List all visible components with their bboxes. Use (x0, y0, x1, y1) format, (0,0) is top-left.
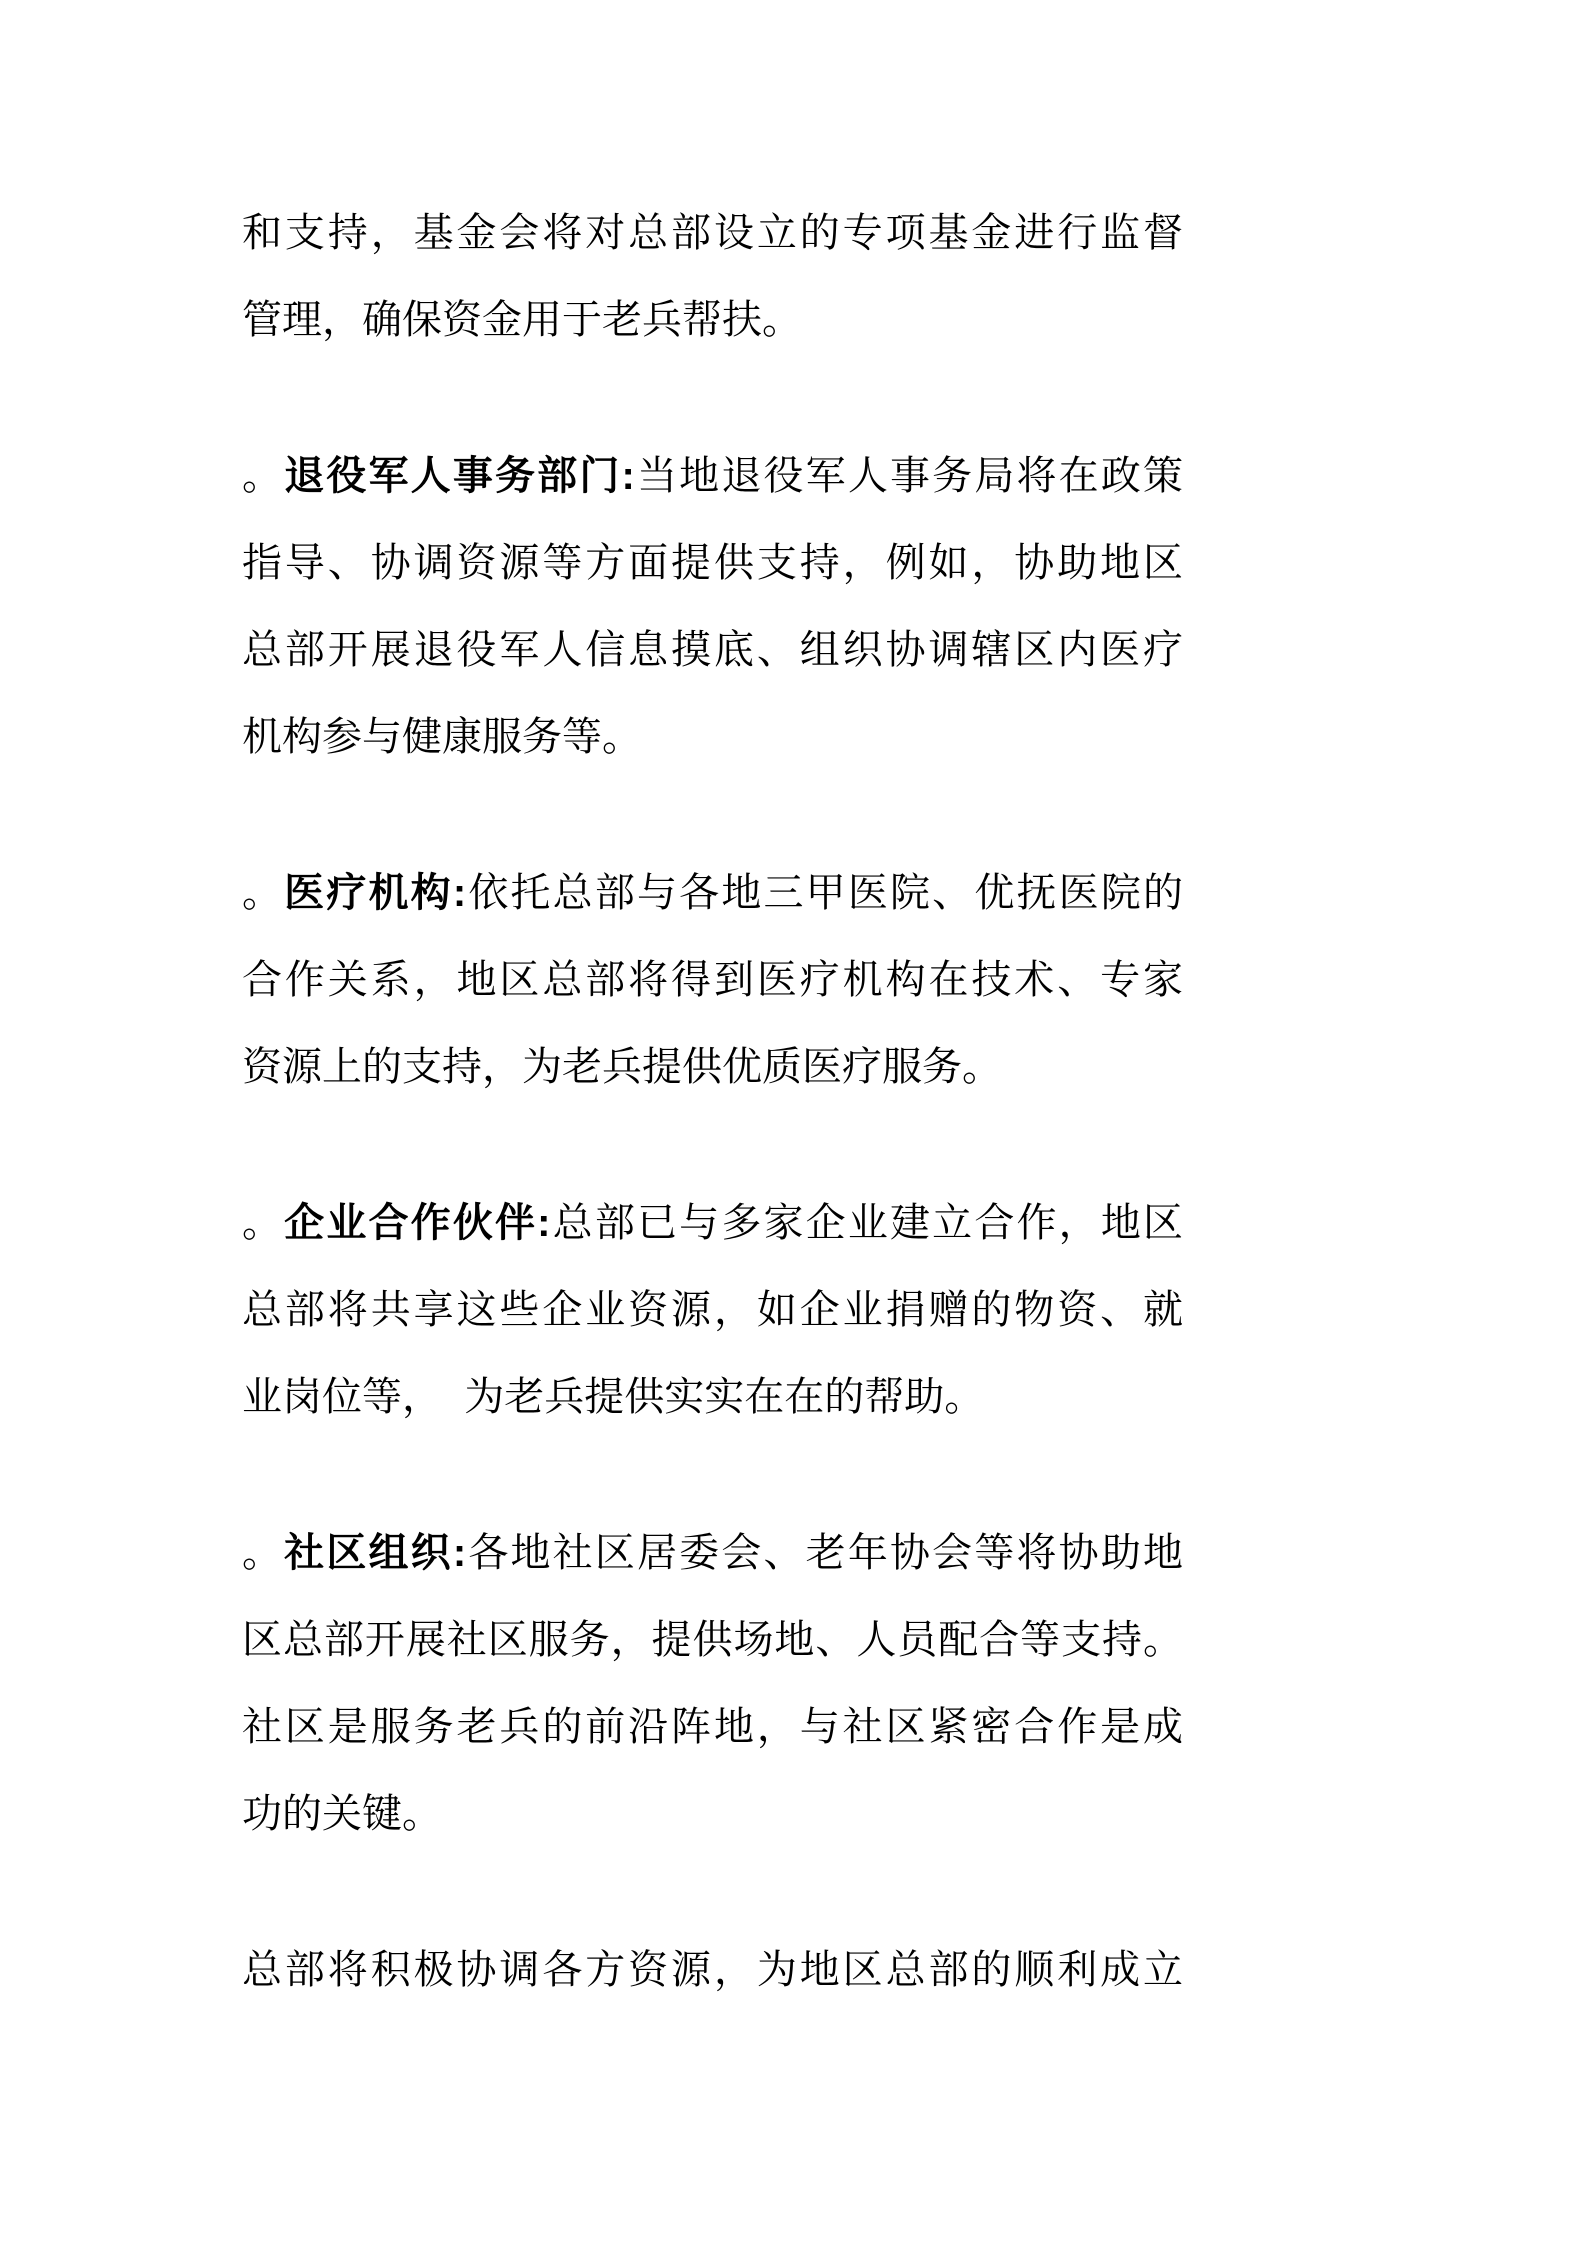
text-run: 各地社区居委会、老年协会等将协助地 (466, 1531, 1183, 1575)
text-line: 合作关系，地区总部将得到医疗机构在技术、专家 (242, 937, 1183, 1024)
paragraph: 。退役军人事务部门:当地退役军人事务局将在政策指导、协调资源等方面提供支持，例如… (242, 433, 1183, 781)
text-run: 合作关系，地区总部将得到医疗机构在技术、专家 (242, 958, 1183, 1002)
text-run: 功的关键。 (242, 1792, 442, 1836)
text-run: 。 (242, 1201, 284, 1245)
text-run: 总部将共享这些企业资源，如企业捐赠的物资、就 (242, 1288, 1183, 1332)
text-line: 。社区组织:各地社区居委会、老年协会等将协助地 (242, 1510, 1183, 1597)
text-run: 社区是服务老兵的前沿阵地，与社区紧密合作是成 (242, 1705, 1183, 1749)
text-run: 。 (242, 454, 284, 498)
text-run: 总部开展退役军人信息摸底、组织协调辖区内医疗 (242, 628, 1183, 672)
text-run: 。 (242, 871, 284, 915)
text-run: 业岗位等， 为老兵提供实实在在的帮助。 (242, 1375, 984, 1419)
section-heading: 企业合作伙伴: (284, 1201, 550, 1245)
section-heading: 退役军人事务部门: (284, 454, 635, 498)
text-run: 总部已与多家企业建立合作，地区 (551, 1201, 1184, 1245)
text-line: 。退役军人事务部门:当地退役军人事务局将在政策 (242, 433, 1183, 520)
section-heading: 医疗机构: (284, 871, 466, 915)
document-body: 和支持，基金会将对总部设立的专项基金进行监督管理，确保资金用于老兵帮扶。。退役军… (242, 190, 1587, 2014)
text-line: 区总部开展社区服务，提供场地、人员配合等支持。 (242, 1597, 1183, 1684)
text-run: 区总部开展社区服务，提供场地、人员配合等支持。 (242, 1618, 1183, 1662)
text-line: 业岗位等， 为老兵提供实实在在的帮助。 (242, 1354, 1183, 1441)
text-run: 依托总部与各地三甲医院、优抚医院的 (466, 871, 1183, 915)
document-page: 和支持，基金会将对总部设立的专项基金进行监督管理，确保资金用于老兵帮扶。。退役军… (0, 0, 1587, 2245)
text-run: 机构参与健康服务等。 (242, 715, 642, 759)
paragraph: 。医疗机构:依托总部与各地三甲医院、优抚医院的合作关系，地区总部将得到医疗机构在… (242, 850, 1183, 1111)
paragraph: 和支持，基金会将对总部设立的专项基金进行监督管理，确保资金用于老兵帮扶。 (242, 190, 1183, 364)
text-line: 社区是服务老兵的前沿阵地，与社区紧密合作是成 (242, 1684, 1183, 1771)
text-line: 管理，确保资金用于老兵帮扶。 (242, 277, 1183, 364)
text-line: 总部将积极协调各方资源，为地区总部的顺利成立 (242, 1927, 1183, 2014)
text-run: 当地退役军人事务局将在政策 (635, 454, 1183, 498)
text-line: 功的关键。 (242, 1771, 1183, 1858)
text-line: 资源上的支持，为老兵提供优质医疗服务。 (242, 1024, 1183, 1111)
text-run: 指导、协调资源等方面提供支持，例如，协助地区 (242, 541, 1183, 585)
text-line: 。企业合作伙伴:总部已与多家企业建立合作，地区 (242, 1180, 1183, 1267)
paragraph: 。企业合作伙伴:总部已与多家企业建立合作，地区总部将共享这些企业资源，如企业捐赠… (242, 1180, 1183, 1441)
text-run: 和支持，基金会将对总部设立的专项基金进行监督 (242, 211, 1183, 255)
text-run: 总部将积极协调各方资源，为地区总部的顺利成立 (242, 1948, 1183, 1992)
text-line: 总部将共享这些企业资源，如企业捐赠的物资、就 (242, 1267, 1183, 1354)
text-run: 。 (242, 1531, 284, 1575)
paragraph: 。社区组织:各地社区居委会、老年协会等将协助地区总部开展社区服务，提供场地、人员… (242, 1510, 1183, 1858)
text-run: 管理，确保资金用于老兵帮扶。 (242, 298, 802, 342)
text-line: 机构参与健康服务等。 (242, 694, 1183, 781)
text-run: 资源上的支持，为老兵提供优质医疗服务。 (242, 1045, 1002, 1089)
paragraph: 总部将积极协调各方资源，为地区总部的顺利成立 (242, 1927, 1183, 2014)
text-line: 和支持，基金会将对总部设立的专项基金进行监督 (242, 190, 1183, 277)
text-line: 。医疗机构:依托总部与各地三甲医院、优抚医院的 (242, 850, 1183, 937)
section-heading: 社区组织: (284, 1531, 466, 1575)
text-line: 总部开展退役军人信息摸底、组织协调辖区内医疗 (242, 607, 1183, 694)
text-line: 指导、协调资源等方面提供支持，例如，协助地区 (242, 520, 1183, 607)
